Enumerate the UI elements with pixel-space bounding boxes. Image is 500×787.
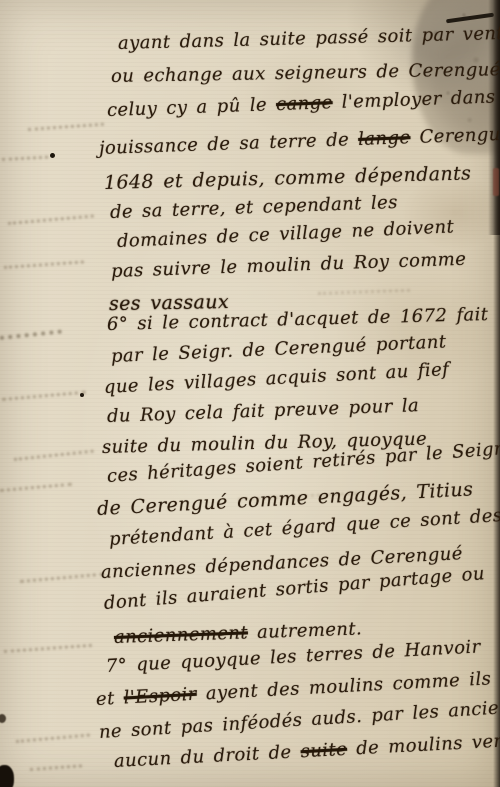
line-text: aucun du droit de [113, 741, 301, 772]
manuscript-line: pas suivre le moulin du Roy comme [111, 249, 467, 282]
manuscript-line: jouissance de sa terre de lange Cerengué… [99, 122, 500, 159]
line-text: celuy cy a pû le [107, 94, 277, 121]
bleedthrough-mark [8, 215, 94, 225]
bleedthrough-mark [2, 156, 48, 161]
ink-dot [50, 153, 55, 158]
struck-word: l'Espoir [123, 684, 197, 709]
struck-word: lange [358, 127, 411, 150]
struck-word: cange [276, 92, 333, 115]
line-text: de sa terre, et cependant les [110, 192, 398, 223]
manuscript-line: de sa terre, et cependant les [110, 192, 398, 223]
line-text: 1648 et depuis, comme dépendants [104, 162, 472, 194]
line-text: de moulins vers [347, 730, 500, 760]
line-text: domaines de ce village ne doivent [117, 216, 455, 252]
bleedthrough-mark [4, 260, 84, 269]
line-text: Cerengué en [410, 122, 500, 148]
bleedthrough-mark [0, 483, 72, 492]
struck-word: anciennement [114, 622, 249, 648]
ink-blot-bottom-left [0, 765, 14, 787]
line-text: et [95, 688, 124, 710]
bleedthrough-mark [30, 764, 82, 771]
line-text: ayent des moulins comme ils [196, 668, 492, 704]
line-text: jouissance de sa terre de [99, 129, 359, 159]
bleedthrough-mark [20, 573, 104, 583]
line-text: pas suivre le moulin du Roy comme [111, 249, 467, 282]
manuscript-page: ayant dans la suite passé soit par vente… [0, 0, 500, 787]
line-text: du Roy cela fait preuve pour la [107, 395, 420, 427]
struck-word: suite [300, 739, 348, 762]
manuscript-line: du Roy cela fait preuve pour la [107, 395, 420, 427]
line-text: autrement. [248, 618, 363, 643]
manuscript-line: 1648 et depuis, comme dépendants [104, 162, 472, 194]
ink-blot-left-edge [0, 714, 6, 723]
bleedthrough-mark [318, 289, 410, 295]
bleedthrough-mark [14, 450, 94, 461]
bleedthrough-mark [0, 330, 62, 340]
bleedthrough-mark [2, 391, 86, 401]
bleedthrough-mark [16, 734, 90, 743]
red-edge-mark [493, 168, 499, 196]
bleedthrough-mark [28, 123, 104, 131]
manuscript-line: domaines de ce village ne doivent [117, 216, 455, 252]
bleedthrough-mark [4, 644, 92, 653]
